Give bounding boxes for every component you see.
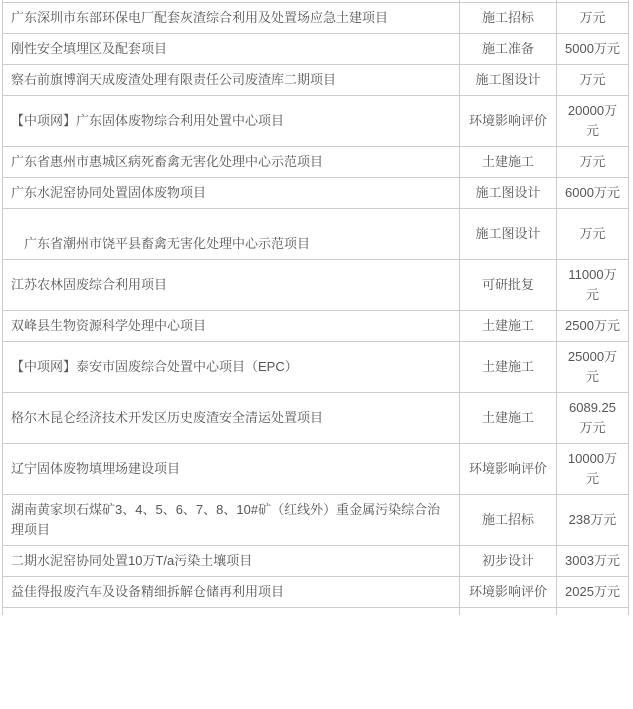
- partial-cell: [557, 608, 629, 616]
- table-row: 察右前旗博润天成废渣处理有限责任公司废渣库二期项目 施工图设计 万元: [3, 65, 629, 96]
- table-row: 江苏农林固废综合利用项目 可研批复 11000万元: [3, 260, 629, 311]
- project-name[interactable]: 广东省潮州市饶平县畜禽无害化处理中心示范项目: [3, 209, 460, 260]
- project-name[interactable]: 广东省惠州市惠城区病死畜禽无害化处理中心示范项目: [3, 147, 460, 178]
- project-amount: 11000万元: [557, 260, 629, 311]
- project-table-body: 广东深圳市东部环保电厂配套灰渣综合利用及处置场应急土建项目 施工招标 万元 刚性…: [3, 0, 629, 615]
- table-row: 【中项网】泰安市固废综合处置中心项目（EPC） 土建施工 25000万元: [3, 342, 629, 393]
- project-stage: 施工招标: [460, 3, 557, 34]
- project-stage: 土建施工: [460, 147, 557, 178]
- table-row: 广东水泥窑协同处置固体废物项目 施工图设计 6000万元: [3, 178, 629, 209]
- project-amount: 3003万元: [557, 546, 629, 577]
- project-stage: 土建施工: [460, 311, 557, 342]
- table-row: 【中项网】广东固体废物综合利用处置中心项目 环境影响评价 20000万元: [3, 96, 629, 147]
- project-stage: 施工图设计: [460, 209, 557, 260]
- project-stage: 环境影响评价: [460, 444, 557, 495]
- project-amount: 6089.25万元: [557, 393, 629, 444]
- table-row: 广东省潮州市饶平县畜禽无害化处理中心示范项目 施工图设计 万元: [3, 209, 629, 260]
- project-stage: 施工招标: [460, 495, 557, 546]
- project-amount: 238万元: [557, 495, 629, 546]
- table-row: 双峰县生物资源科学处理中心项目 土建施工 2500万元: [3, 311, 629, 342]
- project-name[interactable]: 二期水泥窑协同处置10万T/a污染土壤项目: [3, 546, 460, 577]
- project-name[interactable]: 双峰县生物资源科学处理中心项目: [3, 311, 460, 342]
- page: 广东深圳市东部环保电厂配套灰渣综合利用及处置场应急土建项目 施工招标 万元 刚性…: [0, 0, 633, 709]
- project-name[interactable]: 辽宁固体废物填埋场建设项目: [3, 444, 460, 495]
- project-stage: 初步设计: [460, 546, 557, 577]
- table-row: 二期水泥窑协同处置10万T/a污染土壤项目 初步设计 3003万元: [3, 546, 629, 577]
- partial-row-bottom: [3, 608, 629, 616]
- project-amount: 5000万元: [557, 34, 629, 65]
- project-amount: 万元: [557, 3, 629, 34]
- project-name[interactable]: 格尔木昆仑经济技术开发区历史废渣安全清运处置项目: [3, 393, 460, 444]
- table-row: 湖南黄家坝石煤矿3、4、5、6、7、8、10#矿（红线外）重金属污染综合治理项目…: [3, 495, 629, 546]
- project-stage: 施工准备: [460, 34, 557, 65]
- project-amount: 万元: [557, 147, 629, 178]
- project-name[interactable]: 察右前旗博润天成废渣处理有限责任公司废渣库二期项目: [3, 65, 460, 96]
- table-row: 广东深圳市东部环保电厂配套灰渣综合利用及处置场应急土建项目 施工招标 万元: [3, 3, 629, 34]
- project-stage: 施工图设计: [460, 178, 557, 209]
- table-row: 刚性安全填埋区及配套项目 施工准备 5000万元: [3, 34, 629, 65]
- project-name[interactable]: 广东深圳市东部环保电厂配套灰渣综合利用及处置场应急土建项目: [3, 3, 460, 34]
- project-table: 广东深圳市东部环保电厂配套灰渣综合利用及处置场应急土建项目 施工招标 万元 刚性…: [2, 0, 629, 615]
- table-row: 辽宁固体废物填埋场建设项目 环境影响评价 10000万元: [3, 444, 629, 495]
- table-row: 广东省惠州市惠城区病死畜禽无害化处理中心示范项目 土建施工 万元: [3, 147, 629, 178]
- project-amount: 6000万元: [557, 178, 629, 209]
- project-name[interactable]: 湖南黄家坝石煤矿3、4、5、6、7、8、10#矿（红线外）重金属污染综合治理项目: [3, 495, 460, 546]
- project-amount: 2025万元: [557, 577, 629, 608]
- project-stage: 环境影响评价: [460, 577, 557, 608]
- project-amount: 万元: [557, 65, 629, 96]
- project-amount: 20000万元: [557, 96, 629, 147]
- project-stage: 土建施工: [460, 393, 557, 444]
- project-amount: 2500万元: [557, 311, 629, 342]
- partial-cell: [3, 608, 460, 616]
- project-name[interactable]: 【中项网】广东固体废物综合利用处置中心项目: [3, 96, 460, 147]
- project-stage: 环境影响评价: [460, 96, 557, 147]
- project-amount: 25000万元: [557, 342, 629, 393]
- project-name[interactable]: 刚性安全填埋区及配套项目: [3, 34, 460, 65]
- table-row: 益佳得报废汽车及设备精细拆解仓储再利用项目 环境影响评价 2025万元: [3, 577, 629, 608]
- project-name[interactable]: 益佳得报废汽车及设备精细拆解仓储再利用项目: [3, 577, 460, 608]
- project-name[interactable]: 【中项网】泰安市固废综合处置中心项目（EPC）: [3, 342, 460, 393]
- project-stage: 施工图设计: [460, 65, 557, 96]
- table-row: 格尔木昆仑经济技术开发区历史废渣安全清运处置项目 土建施工 6089.25万元: [3, 393, 629, 444]
- partial-cell: [460, 608, 557, 616]
- project-name[interactable]: 广东水泥窑协同处置固体废物项目: [3, 178, 460, 209]
- project-name[interactable]: 江苏农林固废综合利用项目: [3, 260, 460, 311]
- project-stage: 可研批复: [460, 260, 557, 311]
- project-stage: 土建施工: [460, 342, 557, 393]
- project-amount: 10000万元: [557, 444, 629, 495]
- project-amount: 万元: [557, 209, 629, 260]
